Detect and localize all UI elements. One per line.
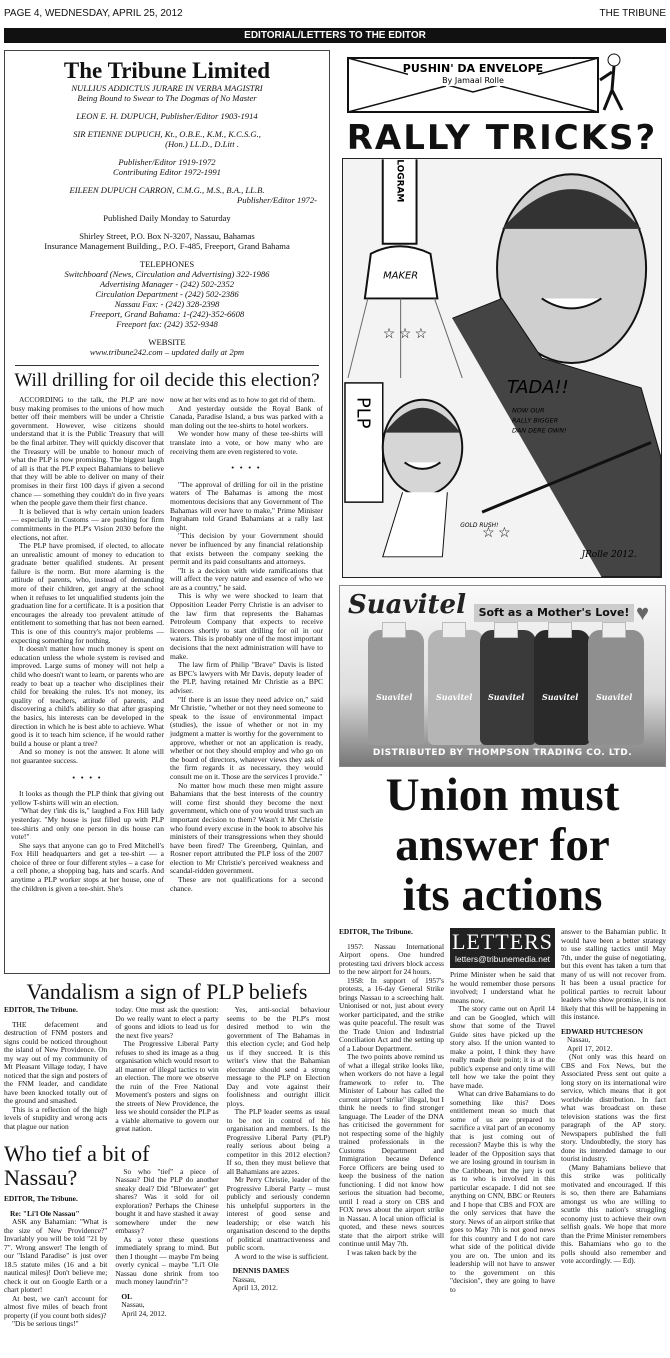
paragraph: This is a reflection of the high levels … — [4, 1106, 107, 1132]
address-nassau: Shirley Street, P.O. Box N-3207, Nassau,… — [5, 231, 329, 241]
motto-english: Being Bound to Swear to The Dogmas of No… — [5, 93, 329, 103]
vandalism-col-3: Yes, anti-social behaviour seems to be t… — [227, 1006, 330, 1329]
separator: • • • • — [170, 464, 323, 473]
tel-line: Advertising Manager - (242) 502-2352 — [5, 279, 329, 289]
paragraph: I was taken back by the — [339, 1249, 444, 1258]
paragraph: "This decision by your Government should… — [170, 532, 323, 566]
svg-text:HOLOGRAM: HOLOGRAM — [395, 159, 405, 202]
sign-date: April 24, 2012. — [115, 1310, 218, 1319]
paragraph: 1957: Nassau International Airport opens… — [339, 943, 444, 977]
paragraph: She says that anyone can go to Fred Mitc… — [11, 842, 164, 894]
page-header: PAGE 4, WEDNESDAY, APRIL 25, 2012 THE TR… — [4, 8, 666, 22]
paragraph: 1958: In support of 1957's protests, a 1… — [339, 977, 444, 1054]
paragraph: ASK any Bahamian: "What is the size of N… — [4, 1218, 107, 1295]
svg-text:NOW OUR: NOW OUR — [512, 407, 545, 415]
letters-email[interactable]: letters@tribunemedia.net — [450, 954, 555, 968]
paragraph: "It is a decision with wide ramification… — [170, 567, 323, 593]
salutation: EDITOR, The Tribune. — [4, 1006, 107, 1015]
sir-etienne-degrees: (Hon.) LL.D., D.Litt . — [5, 139, 329, 149]
svg-text:JRolle 2012.: JRolle 2012. — [580, 550, 637, 560]
paragraph: It looks as though the PLP think that gi… — [11, 790, 164, 807]
masthead-title: The Tribune Limited — [5, 59, 329, 83]
paragraph: And yesterday outside the Royal Bank of … — [170, 405, 323, 431]
tel-line: Freeport fax: (242) 352-9348 — [5, 319, 329, 329]
paragraph: The two points above remind us of what a… — [339, 1053, 444, 1249]
paragraph: It doesn't matter how much money is spen… — [11, 645, 164, 748]
editor-note: (Not only was this heard on CBS and Fox … — [561, 1053, 666, 1164]
vandalism-headline: Vandalism a sign of PLP beliefs — [4, 980, 330, 1004]
paragraph: As a voter these questions immediately s… — [115, 1236, 218, 1287]
cartoon-title: RALLY TRICKS? — [338, 120, 666, 156]
website-link[interactable]: www.tribune242.com – updated daily at 2p… — [5, 347, 329, 357]
paragraph: These are not qualifications for a secon… — [170, 876, 323, 893]
tel-line: Circulation Department - (242) 502-2386 — [5, 289, 329, 299]
divider — [15, 365, 319, 366]
paragraph: "What dey t'ink dis is," laughed a Fox H… — [11, 807, 164, 841]
salutation: EDITOR, The Tribune. — [4, 1195, 107, 1204]
paragraph: The PLP have promised, if elected, to al… — [11, 542, 164, 645]
paragraph: "Dis be serious tings!" — [4, 1320, 107, 1329]
paragraph: THE defacement and destruction of FNM po… — [4, 1021, 107, 1106]
tel-line: Switchboard (News, Circulation and Adver… — [5, 269, 329, 279]
section-bar: EDITORIAL/LETTERS TO THE EDITOR — [4, 28, 666, 43]
paragraph: Prime Minister when he said that he woul… — [450, 971, 555, 1005]
heart-icon: ♥ — [636, 600, 649, 626]
sign-date: April 13, 2012. — [227, 1284, 330, 1293]
paragraph: today. One must ask the question: Do we … — [115, 1006, 218, 1040]
letters-badge: LETTERS letters@tribunemedia.net — [450, 928, 555, 968]
paragraph: It is believed that is why certain union… — [11, 508, 164, 542]
union-letter-columns: EDITOR, The Tribune. 1957: Nassau Intern… — [339, 928, 666, 1294]
paragraph: The law firm of Philip "Brave" Davis is … — [170, 661, 323, 695]
svg-text:☆ ☆ ☆: ☆ ☆ ☆ — [383, 327, 427, 342]
svg-text:TADA!!: TADA!! — [507, 377, 569, 398]
motto-latin: NULLIUS ADDICTUS JURARE IN VERBA MAGISTR… — [5, 83, 329, 93]
svg-text:By Jamaal Rolle: By Jamaal Rolle — [442, 76, 504, 85]
cartoon-drawing: HOLOGRAM MAKER PLP GOLD RUSH! TADA!! NOW… — [343, 159, 661, 577]
cartoon: PUSHIN' DA ENVELOPE By Jamaal Rolle RALL… — [338, 48, 666, 580]
founder-line: LEON E. H. DUPUCH, Publisher/Editor 1903… — [5, 111, 329, 121]
svg-text:MAKER: MAKER — [383, 271, 418, 282]
svg-text:PUSHIN' DA ENVELOPE: PUSHIN' DA ENVELOPE — [403, 62, 543, 75]
masthead: The Tribune Limited NULLIUS ADDICTUS JUR… — [5, 51, 329, 366]
tief-headline: Who tief a bit of Nassau? — [4, 1142, 222, 1190]
separator: • • • • — [11, 774, 164, 783]
bottle-image: Suavitel — [480, 630, 536, 745]
paragraph: Yes, anti-social behaviour seems to be t… — [227, 1006, 330, 1108]
paragraph: Mr Perry Christie, leader of the Progres… — [227, 1176, 330, 1253]
sir-etienne-line: SIR ETIENNE DUPUCH, Kt., O.B.E., K.M., K… — [5, 129, 329, 139]
bottle-image: Suavitel — [368, 630, 424, 745]
bottle-image: Suavitel — [428, 630, 484, 745]
salutation: EDITOR, The Tribune. — [339, 928, 444, 937]
telephones-heading: TELEPHONES — [5, 259, 329, 269]
tel-line: Freeport, Grand Bahama: 1-(242)-352-6608 — [5, 309, 329, 319]
editorial-col-1: ACCORDING to the talk, the PLP are now b… — [11, 396, 164, 893]
ad-brand: Suavitel — [348, 590, 466, 620]
paragraph: We wonder how many of these tee-shirts w… — [170, 430, 323, 456]
paragraph: The Progressive Liberal Party refuses to… — [115, 1040, 218, 1134]
ad-distributor: DISTRIBUTED BY THOMPSON TRADING CO. LTD. — [340, 748, 665, 758]
cartoon-panel: HOLOGRAM MAKER PLP GOLD RUSH! TADA!! NOW… — [342, 158, 662, 578]
eileen-role: Publisher/Editor 1972- — [5, 195, 329, 205]
paragraph: And so money is not the answer. It alone… — [11, 748, 164, 765]
editorial-columns: ACCORDING to the talk, the PLP are now b… — [5, 396, 329, 893]
ad-slogan: Soft as a Mother's Love! — [474, 604, 634, 622]
sir-etienne-role1: Publisher/Editor 1919-1972 — [5, 157, 329, 167]
published-line: Published Daily Monday to Saturday — [5, 213, 329, 223]
editorial-box: The Tribune Limited NULLIUS ADDICTUS JUR… — [4, 50, 330, 974]
paragraph: What can drive Bahamians to do something… — [450, 1090, 555, 1294]
eileen-line: EILEEN DUPUCH CARRON, C.M.G., M.S., B.A.… — [5, 185, 329, 195]
union-col-2: LETTERS letters@tribunemedia.net Prime M… — [450, 928, 555, 1294]
paragraph: "The approval of drilling for oil in the… — [170, 481, 323, 533]
svg-text:☆ ☆: ☆ ☆ — [482, 526, 510, 541]
envelope-icon: PUSHIN' DA ENVELOPE By Jamaal Rolle — [346, 52, 626, 116]
tel-line: Nassau Fax: - (242) 328-2398 — [5, 299, 329, 309]
editor-note: (Many Bahamians believe that this strike… — [561, 1164, 666, 1266]
paragraph: ACCORDING to the talk, the PLP are now b… — [11, 396, 164, 508]
union-col-1: EDITOR, The Tribune. 1957: Nassau Intern… — [339, 928, 444, 1294]
bottle-image: Suavitel — [534, 630, 590, 745]
editorial-col-2: now at her wits end as to how to get rid… — [170, 396, 323, 893]
union-col-3: answer to the Bahamian public. It would … — [561, 928, 666, 1294]
paper-name: THE TRIBUNE — [600, 8, 667, 22]
suavitel-ad[interactable]: Suavitel Soft as a Mother's Love! ♥ Suav… — [339, 585, 666, 767]
paragraph: answer to the Bahamian public. It would … — [561, 928, 666, 1022]
website-heading: WEBSITE — [5, 337, 329, 347]
paragraph: At best, we can't account for almost fiv… — [4, 1295, 107, 1321]
paragraph: This is why we were shocked to learn tha… — [170, 592, 323, 661]
paragraph: The PLP leader seems as usual to be not … — [227, 1108, 330, 1176]
paragraph: The story came out on April 14 and can b… — [450, 1005, 555, 1090]
editorial-headline: Will drilling for oil decide this electi… — [5, 370, 329, 392]
svg-text:RALLY BIGGER: RALLY BIGGER — [512, 417, 558, 425]
svg-text:PLP: PLP — [352, 397, 373, 429]
bottle-image: Suavitel — [588, 630, 644, 745]
page-info: PAGE 4, WEDNESDAY, APRIL 25, 2012 — [4, 8, 183, 22]
paragraph: "If there is an issue they need advice o… — [170, 696, 323, 782]
paragraph: No matter how much these men might assur… — [170, 782, 323, 877]
letters-title: LETTERS — [450, 928, 555, 954]
union-headline: Union must answer for its actions — [339, 770, 666, 920]
paragraph: A word to the wise is sufficient. — [227, 1253, 330, 1262]
sir-etienne-role2: Contributing Editor 1972-1991 — [5, 167, 329, 177]
address-freeport: Insurance Management Building., P.O. F-4… — [5, 241, 329, 251]
svg-text:DAN DERE OWN!: DAN DERE OWN! — [512, 427, 567, 435]
